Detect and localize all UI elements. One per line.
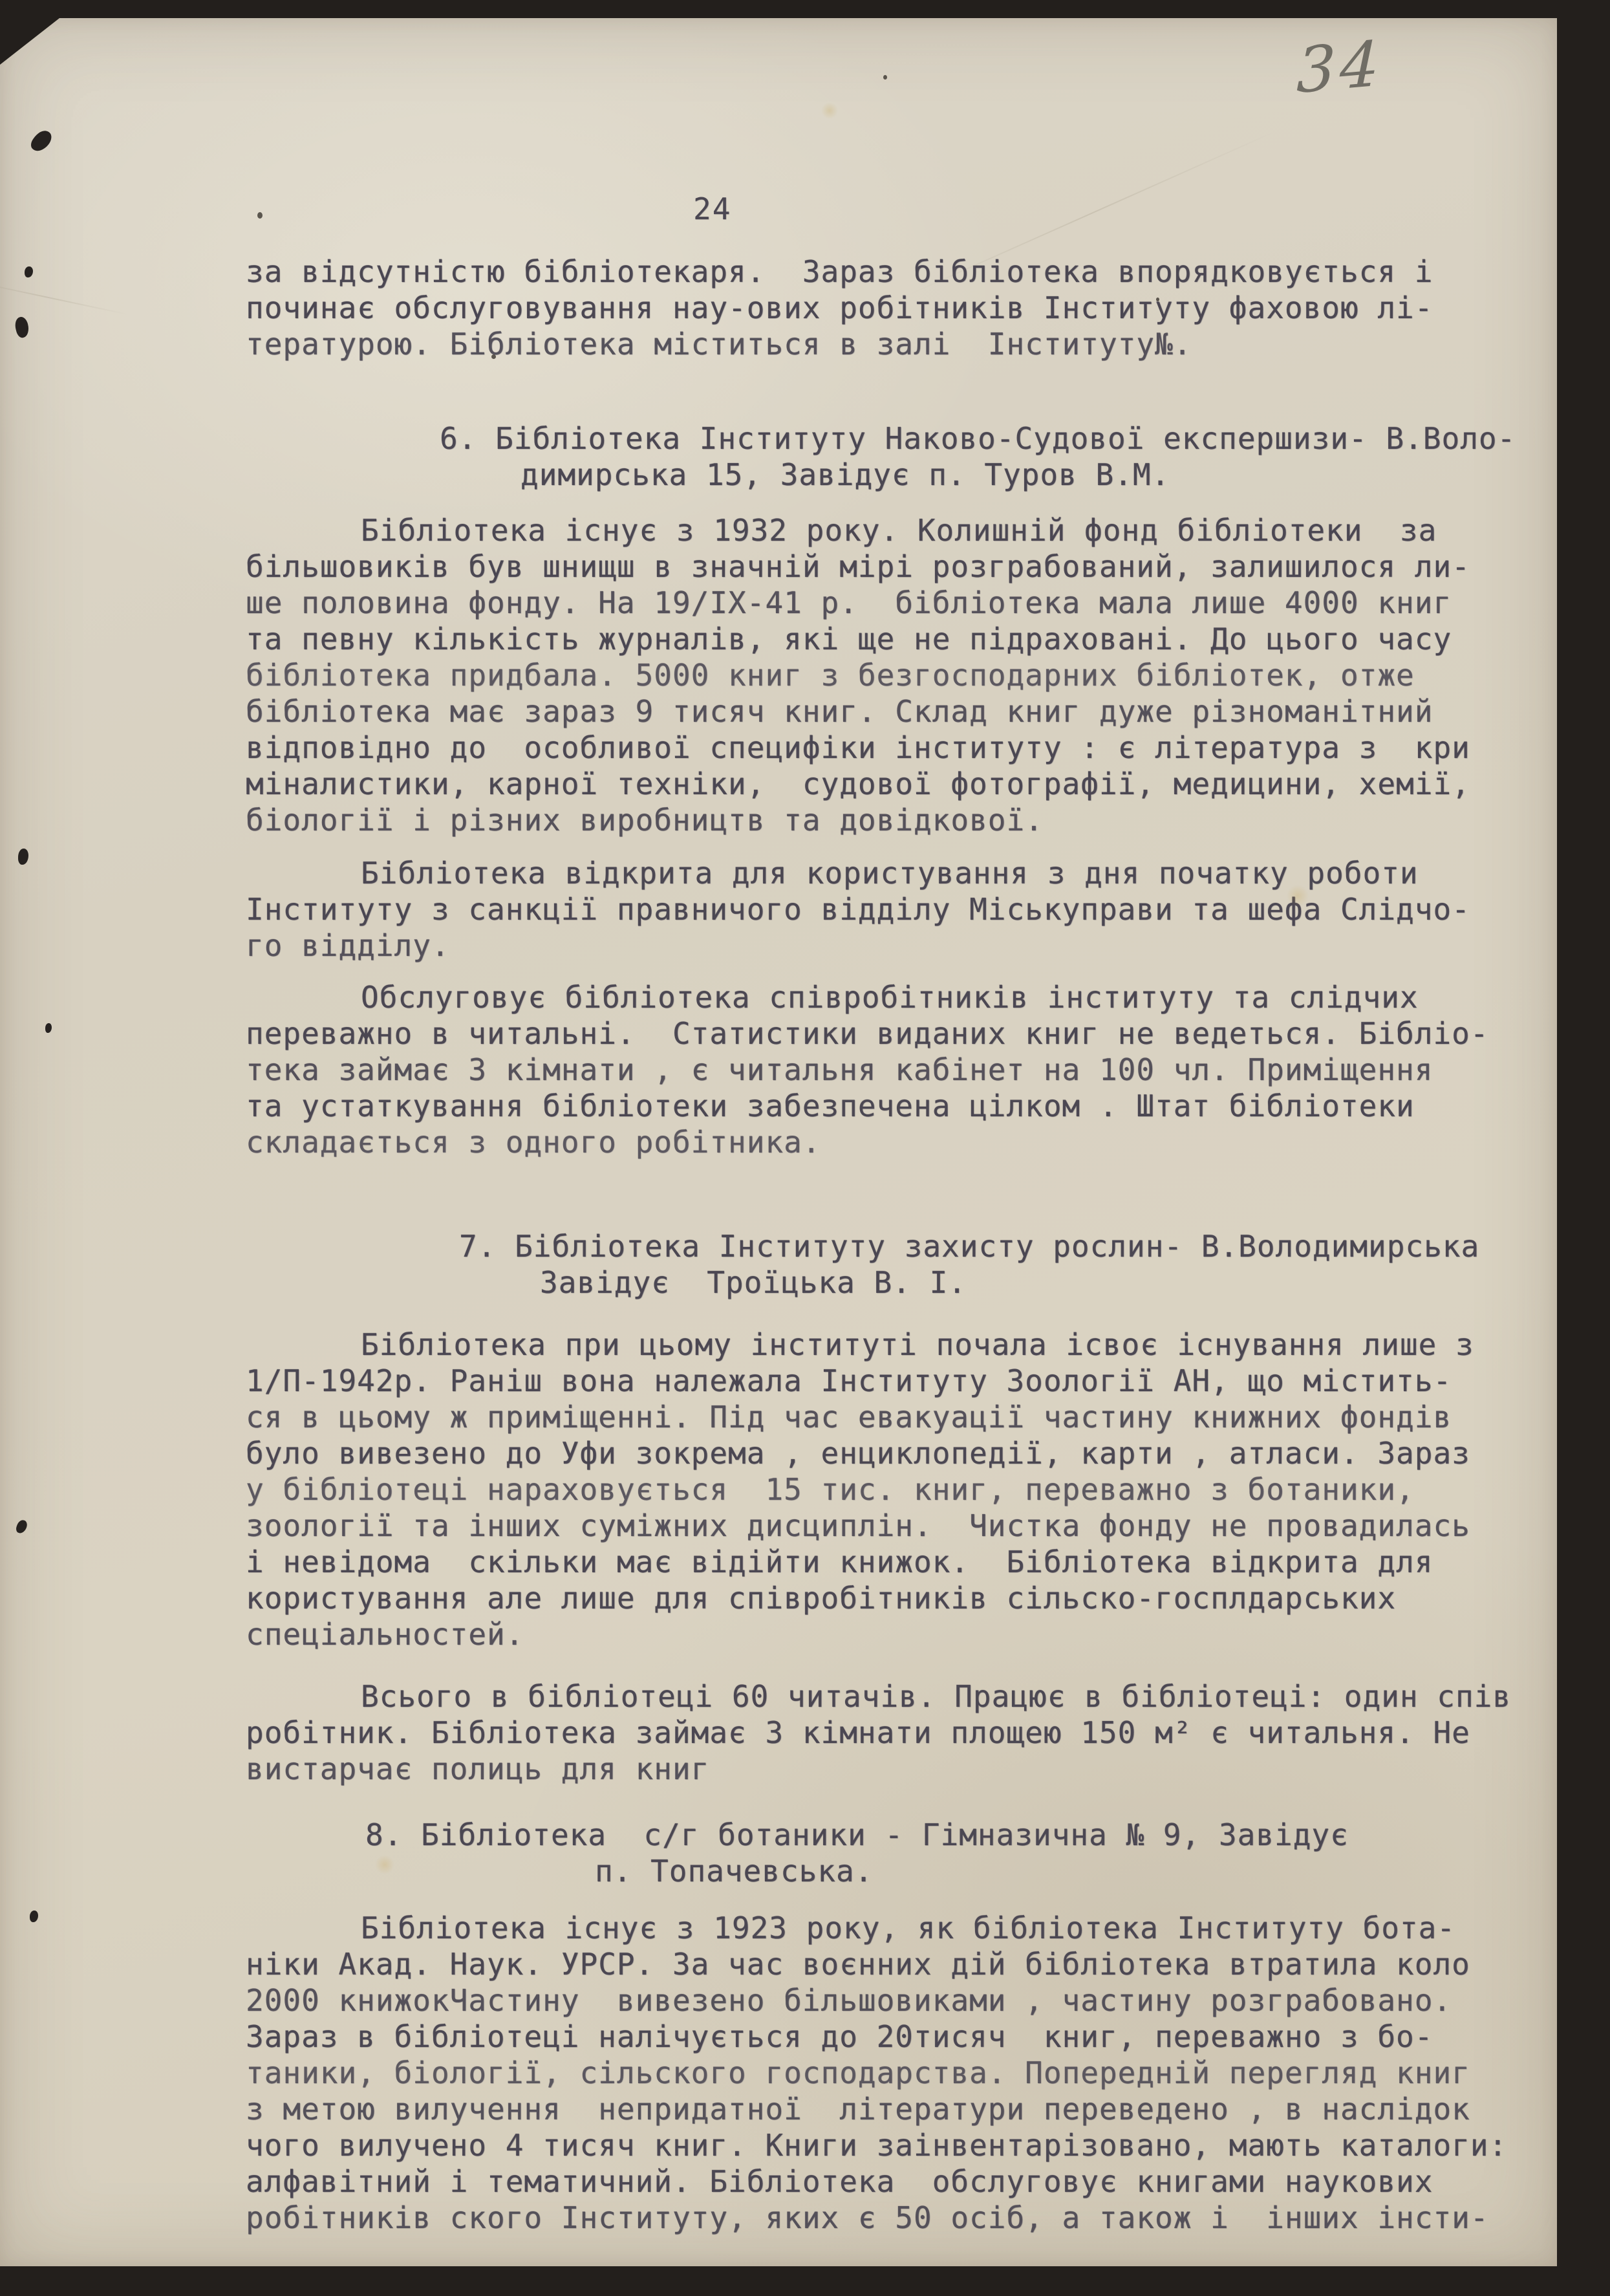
text-line: п. Топачевська. [246, 1853, 1548, 1889]
text-line: 6. Бібліотека Інституту Наково-Судової е… [246, 420, 1548, 457]
section-6-paragraph-2: Бібліотека відкрита для користування з д… [246, 855, 1548, 964]
text-line: Бібліотека існує з 1932 року. Колишній ф… [246, 512, 1548, 548]
text-line: бібліотека має зараз 9 тисяч книг. Склад… [246, 693, 1548, 730]
text-line: 2000 книжокЧастину вивезено більшовиками… [246, 1982, 1548, 2019]
text-line: тека займає 3 кімнати , є читальня кабін… [246, 1052, 1548, 1088]
text-line: го відділу. [246, 927, 1548, 964]
text-line: алфавітний і тематичний. Бібліотека обсл… [246, 2163, 1548, 2200]
document-page: 34 24 за відсутністю бібліотекаря. Зараз… [0, 18, 1557, 2266]
text-line: Обслуговує бібліотека співробітників інс… [246, 979, 1548, 1015]
text-line: Завідує Троїцька В. І. [246, 1264, 1548, 1301]
paper-stain [375, 1855, 394, 1874]
text-line: починає обслуговування нау-ових робітник… [246, 290, 1548, 326]
paper-speck [1156, 298, 1159, 301]
section-7-heading: 7. Бібліотека Інституту захисту рослин- … [246, 1228, 1548, 1301]
text-line: 1/П-1942р. Раніш вона належала Інституту… [246, 1363, 1548, 1399]
text-line: 8. Бібліотека с/г ботаники - Гімназична … [246, 1817, 1548, 1853]
paper-speck [883, 75, 887, 80]
text-line: бібліотека придбала. 5000 книг з безгосп… [246, 657, 1548, 693]
text-line: з метою вилучення непридатної літератури… [246, 2091, 1548, 2127]
text-line: ніки Акад. Наук. УРСР. За час воєнних ді… [246, 1946, 1548, 1982]
text-line: робітників ского Інституту, яких є 50 ос… [246, 2200, 1548, 2236]
text-line: та устаткування бібліотеки забезпечена ц… [246, 1088, 1548, 1124]
text-line: тературою. Бібліотека міститься в залі І… [246, 326, 1548, 362]
text-line: 7. Бібліотека Інституту захисту рослин- … [246, 1228, 1548, 1264]
text-line: Бібліотека відкрита для користування з д… [246, 855, 1548, 891]
section-8-heading: 8. Бібліотека с/г ботаники - Гімназична … [246, 1817, 1548, 1889]
text-line: таники, біології, сільского господарства… [246, 2055, 1548, 2091]
section-6-paragraph-3: Обслуговує бібліотека співробітників інс… [246, 979, 1548, 1160]
section-8-paragraph-1: Бібліотека існує з 1923 року, як бібліот… [246, 1910, 1548, 2236]
section-6-paragraph-1: Бібліотека існує з 1932 року. Колишній ф… [246, 512, 1548, 838]
paper-stain [821, 102, 838, 119]
text-line: було вивезено до Уфи зокрема , енциклопе… [246, 1435, 1548, 1471]
section-7-paragraph-1: Бібліотека при цьому інституті почала іс… [246, 1327, 1548, 1652]
text-line: чого вилучено 4 тисяч книг. Книги заінве… [246, 2127, 1548, 2163]
scanner-background: { "page": { "handwritten_folio_number": … [0, 0, 1610, 2296]
text-line: ше половина фонду. На 19/ІХ-41 р. бібліо… [246, 585, 1548, 621]
paper-stain [1287, 885, 1309, 907]
text-line: зоології та інших суміжних дисциплін. Чи… [246, 1508, 1548, 1544]
paper-speck [257, 212, 263, 219]
intro-paragraph: за відсутністю бібліотекаря. Зараз біблі… [246, 254, 1548, 362]
text-line: димирська 15, Завідує п. Туров В.М. [246, 457, 1548, 493]
document-body: за відсутністю бібліотекаря. Зараз біблі… [0, 254, 1557, 2236]
section-6-heading: 6. Бібліотека Інституту Наково-Судової е… [246, 420, 1548, 493]
text-line: ся в цьому ж приміщенні. Під час евакуац… [246, 1399, 1548, 1435]
text-line: відповідно до особливої специфіки інстит… [246, 730, 1548, 766]
text-line: у бібліотеці нараховується 15 тис. книг,… [246, 1471, 1548, 1508]
text-line: вистарчає полиць для книг [246, 1751, 1548, 1787]
typed-page-number: 24 [693, 191, 731, 226]
text-line: і невідома скільки має відійти книжок. Б… [246, 1544, 1548, 1580]
text-line: Всього в бібліотеці 60 читачів. Працює в… [246, 1678, 1548, 1715]
punch-hole [28, 127, 54, 155]
text-line: переважно в читальні. Статистики виданих… [246, 1015, 1548, 1052]
text-line: більшовиків був шнищш в значній мірі роз… [246, 548, 1548, 585]
text-line: біології і різних виробництв та довідков… [246, 802, 1548, 838]
text-line: та певну кількість журналів, які ще не п… [246, 621, 1548, 657]
text-line: міналистики, карної техніки, судової фот… [246, 766, 1548, 802]
text-line: Інституту з санкції правничого відділу М… [246, 891, 1548, 927]
text-line: користування але лише для співробітників… [246, 1580, 1548, 1616]
section-7-paragraph-2: Всього в бібліотеці 60 читачів. Працює в… [246, 1678, 1548, 1787]
text-line: складається з одного робітника. [246, 1124, 1548, 1160]
paper-speck [491, 354, 496, 359]
text-line: Бібліотека при цьому інституті почала іс… [246, 1327, 1548, 1363]
text-line: за відсутністю бібліотекаря. Зараз біблі… [246, 254, 1548, 290]
text-line: спеціальностей. [246, 1616, 1548, 1652]
text-line: Зараз в бібліотеці налічується до 20тися… [246, 2019, 1548, 2055]
text-line: Бібліотека існує з 1923 року, як бібліот… [246, 1910, 1548, 1946]
handwritten-folio-number: 34 [1296, 27, 1384, 107]
text-line: робітник. Бібліотека займає 3 кімнати пл… [246, 1715, 1548, 1751]
